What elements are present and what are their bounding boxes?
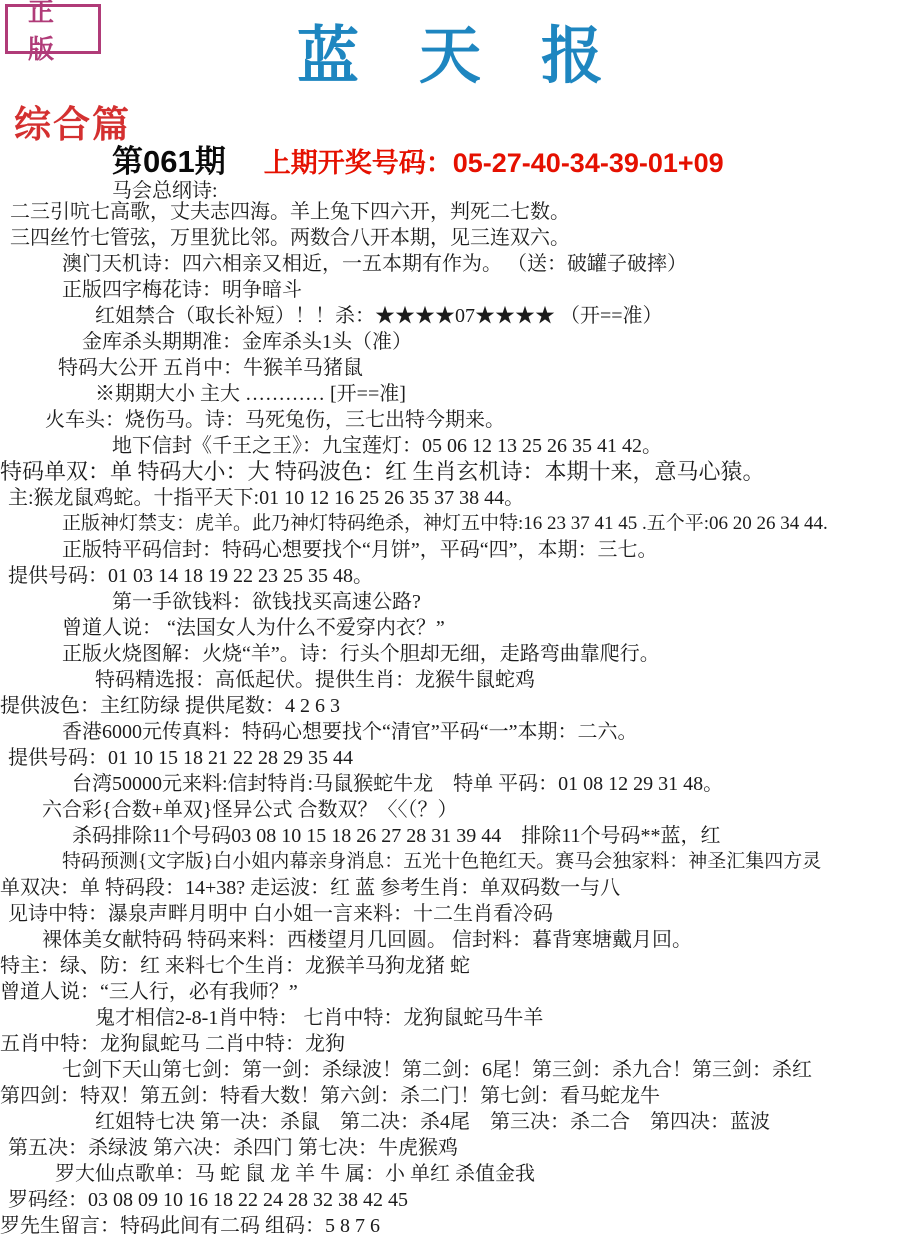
report-line-27: 单双决：单 特码段：14+38? 走运波：红 蓝 参考生肖：单双码数一与八 (0, 875, 900, 901)
report-line-36: 红姐特七决 第一决：杀鼠 第二决：杀4尾 第三决：杀二合 第四决：蓝波 (95, 1109, 900, 1135)
report-line-7: 特码大公开 五肖中：牛猴羊马猪鼠 (58, 355, 900, 381)
report-line-38: 罗大仙点歌单：马 蛇 鼠 龙 羊 牛 属：小 单红 杀值金我 (55, 1161, 900, 1187)
report-line-15: 提供号码：01 03 14 18 19 22 23 25 35 48。 (8, 563, 900, 589)
report-line-3: 澳门天机诗：四六相亲又相近，一五本期有作为。 （送：破罐子破摔） (62, 251, 900, 277)
report-line-9: 火车头：烧伤马。诗：马死兔伤，三七出特今期来。 (45, 407, 900, 433)
report-line-28: 见诗中特：瀑泉声畔月明中 白小姐一言来料：十二生肖看冷码 (8, 901, 900, 927)
report-line-19: 特码精选报：高低起伏。提供生肖：龙猴牛鼠蛇鸡 (95, 667, 900, 693)
report-line-5: 红姐禁合（取长补短）！！杀：★★★★07★★★★ （开==准） (95, 303, 900, 329)
report-line-32: 鬼才相信2-8-1肖中特： 七肖中特：龙狗鼠蛇马牛羊 (95, 1005, 900, 1031)
report-line-29: 裸体美女献特码 特码来料：西楼望月几回圆。 信封料：暮背寒塘戴月回。 (42, 927, 900, 953)
report-line-14: 正版特平码信封：特码心想要找个“月饼”，平码“四”，本期：三七。 (62, 537, 900, 563)
report-line-20: 提供波色：主红防绿 提供尾数：4 2 6 3 (0, 693, 900, 719)
report-line-30: 特主：绿、防：红 来料七个生肖：龙猴羊马狗龙猪 蛇 (0, 953, 900, 979)
report-line-39: 罗码经：03 08 09 10 16 18 22 24 28 32 38 42 … (8, 1187, 900, 1213)
page-title: 蓝天报 (0, 6, 900, 95)
report-line-24: 六合彩{合数+单双}怪异公式 合数双？〈〈（？） (42, 797, 900, 823)
report-line-23: 台湾50000元来料:信封特肖:马鼠猴蛇牛龙 特单 平码：01 08 12 29… (72, 771, 900, 797)
report-line-11: 特码单双：单 特码大小：大 特码波色：红 生肖玄机诗：本期十来，意马心猿。 (0, 459, 900, 485)
report-line-8: ※期期大小 主大 ………… [开==准] (95, 381, 900, 407)
blue-sky-report-page: 正版 蓝天报 综合篇 第061期 上期开奖号码：05-27-40-34-39-0… (0, 0, 900, 1243)
report-line-26: 特码预测{文字版}白小姐内幕亲身消息：五光十色艳红天。赛马会独家料：神圣汇集四方… (62, 849, 900, 875)
report-line-12: 主:猴龙鼠鸡蛇。十指平天下:01 10 12 16 25 26 35 37 38… (8, 485, 900, 511)
report-body: 二三引吭七高歌，丈夫志四海。羊上兔下四六开，判死二七数。三四丝竹七管弦，万里犹比… (0, 199, 900, 1239)
report-line-18: 正版火烧图解：火烧“羊”。诗：行头个胆却无细，走路弯曲靠爬行。 (62, 641, 900, 667)
report-line-6: 金库杀头期期准：金库杀头1头（准） (82, 329, 900, 355)
report-line-37: 第五决：杀绿波 第六决：杀四门 第七决：牛虎猴鸡 (8, 1135, 900, 1161)
report-line-16: 第一手欲钱料：欲钱找买高速公路? (112, 589, 900, 615)
report-line-1: 二三引吭七高歌，丈夫志四海。羊上兔下四六开，判死二七数。 (10, 199, 900, 225)
last-draw-numbers: 上期开奖号码：05-27-40-34-39-01+09 (264, 141, 724, 180)
report-line-17: 曾道人说： “法国女人为什么不爱穿内衣？” (62, 615, 900, 641)
report-line-33: 五肖中特：龙狗鼠蛇马 二肖中特：龙狗 (0, 1031, 900, 1057)
report-line-2: 三四丝竹七管弦，万里犹比邻。两数合八开本期，见三连双六。 (10, 225, 900, 251)
report-line-31: 曾道人说：“三人行，必有我师？” (0, 979, 900, 1005)
report-line-13: 正版神灯禁支：虎羊。此乃神灯特码绝杀，神灯五中特:16 23 37 41 45 … (62, 511, 900, 537)
report-line-35: 第四剑：特双！第五剑：特看大数！第六剑：杀二门！第七剑：看马蛇龙牛 (0, 1083, 900, 1109)
report-line-25: 杀码排除11个号码03 08 10 15 18 26 27 28 31 39 4… (72, 823, 900, 849)
report-line-22: 提供号码：01 10 15 18 21 22 28 29 35 44 (8, 745, 900, 771)
report-line-4: 正版四字梅花诗：明争暗斗 (62, 277, 900, 303)
report-line-10: 地下信封《千王之王》：九宝莲灯：05 06 12 13 25 26 35 41 … (112, 433, 900, 459)
report-line-21: 香港6000元传真料：特码心想要找个“清官”平码“一”本期：二六。 (62, 719, 900, 745)
report-line-34: 七剑下天山第七剑：第一剑：杀绿波！第二剑：6尾！第三剑：杀九合！第三剑：杀红 (62, 1057, 900, 1083)
report-line-40: 罗先生留言：特码此间有二码 组码：5 8 7 6 (0, 1213, 900, 1239)
